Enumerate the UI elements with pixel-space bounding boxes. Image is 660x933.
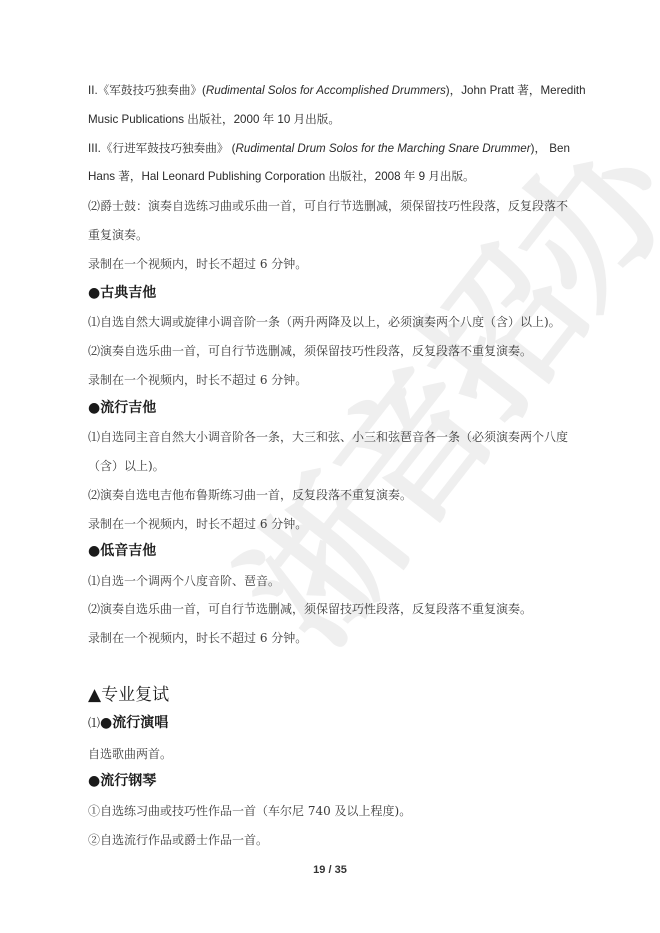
bass-guitar-note: 录制在一个视频内，时长不超过 6 分钟。 (88, 630, 307, 646)
reference-ii-line2: Music Publications 出版社，2000 年 10 月出版。 (88, 112, 340, 128)
pop-vocal-text: 自选歌曲两首。 (88, 746, 172, 762)
reference-prefix: II.《军鼓技巧独奏曲》( (88, 84, 206, 97)
watermark: 浙音招办 (185, 137, 660, 680)
pop-vocal-index: ⑴ (88, 716, 100, 730)
page-number: 19 / 35 (0, 864, 660, 876)
reference-title: Rudimental Drum Solos for the Marching S… (236, 142, 531, 155)
classical-guitar-item2: ⑵演奏自选乐曲一首，可自行节选删减，须保留技巧性段落，反复段落不重复演奏。 (88, 343, 532, 359)
jazz-drum-line2: 重复演奏。 (88, 227, 148, 243)
pop-guitar-heading: ●流行吉他 (88, 399, 156, 417)
reference-suffix: )，John Pratt 著，Meredith (446, 84, 586, 97)
jazz-drum-line1: ⑵爵士鼓：演奏自选练习曲或乐曲一首，可自行节选删减，须保留技巧性段落，反复段落不 (88, 198, 568, 214)
classical-guitar-item1: ⑴自选自然大调或旋律小调音阶一条（两升两降及以上，必须演奏两个八度（含）以上)。 (88, 314, 561, 330)
reference-prefix: III.《行进军鼓技巧独奏曲》 ( (88, 142, 236, 155)
document-page: 浙音招办 II.《军鼓技巧独奏曲》(Rudimental Solos for A… (0, 0, 660, 933)
reference-iii-line1: III.《行进军鼓技巧独奏曲》 (Rudimental Drum Solos f… (88, 141, 570, 157)
reference-ii-line1: II.《军鼓技巧独奏曲》(Rudimental Solos for Accomp… (88, 83, 586, 99)
bass-guitar-item2: ⑵演奏自选乐曲一首，可自行节选删减，须保留技巧性段落，反复段落不重复演奏。 (88, 601, 532, 617)
pop-guitar-item1-line1: ⑴自选同主音自然大小调音阶各一条，大三和弦、小三和弦琶音各一条（必须演奏两个八度 (88, 429, 568, 445)
pop-guitar-note: 录制在一个视频内，时长不超过 6 分钟。 (88, 516, 307, 532)
bass-guitar-item1: ⑴自选一个调两个八度音阶、琶音。 (88, 573, 280, 589)
bass-guitar-heading: ●低音吉他 (88, 542, 156, 560)
reference-suffix: )， Ben (531, 142, 570, 155)
pop-guitar-item2: ⑵演奏自选电吉他布鲁斯练习曲一首，反复段落不重复演奏。 (88, 487, 412, 503)
pop-piano-item2: ②自选流行作品或爵士作品一首。 (88, 832, 268, 848)
reference-iii-line2: Hans 著，Hal Leonard Publishing Corporatio… (88, 169, 475, 185)
pop-piano-heading: ●流行钢琴 (88, 772, 156, 790)
pop-piano-item1: ①自选练习曲或技巧性作品一首（车尔尼 740 及以上程度)。 (88, 803, 411, 819)
pop-vocal-heading: ⑴●流行演唱 (88, 714, 168, 732)
jazz-drum-note: 录制在一个视频内，时长不超过 6 分钟。 (88, 256, 307, 272)
reference-title: Rudimental Solos for Accomplished Drumme… (206, 84, 446, 97)
pop-vocal-title: ●流行演唱 (100, 715, 168, 731)
classical-guitar-heading: ●古典吉他 (88, 284, 156, 302)
pop-guitar-item1-line2: （含）以上)。 (88, 458, 165, 474)
classical-guitar-note: 录制在一个视频内，时长不超过 6 分钟。 (88, 372, 307, 388)
retest-section-heading: ▲专业复试 (88, 684, 169, 706)
